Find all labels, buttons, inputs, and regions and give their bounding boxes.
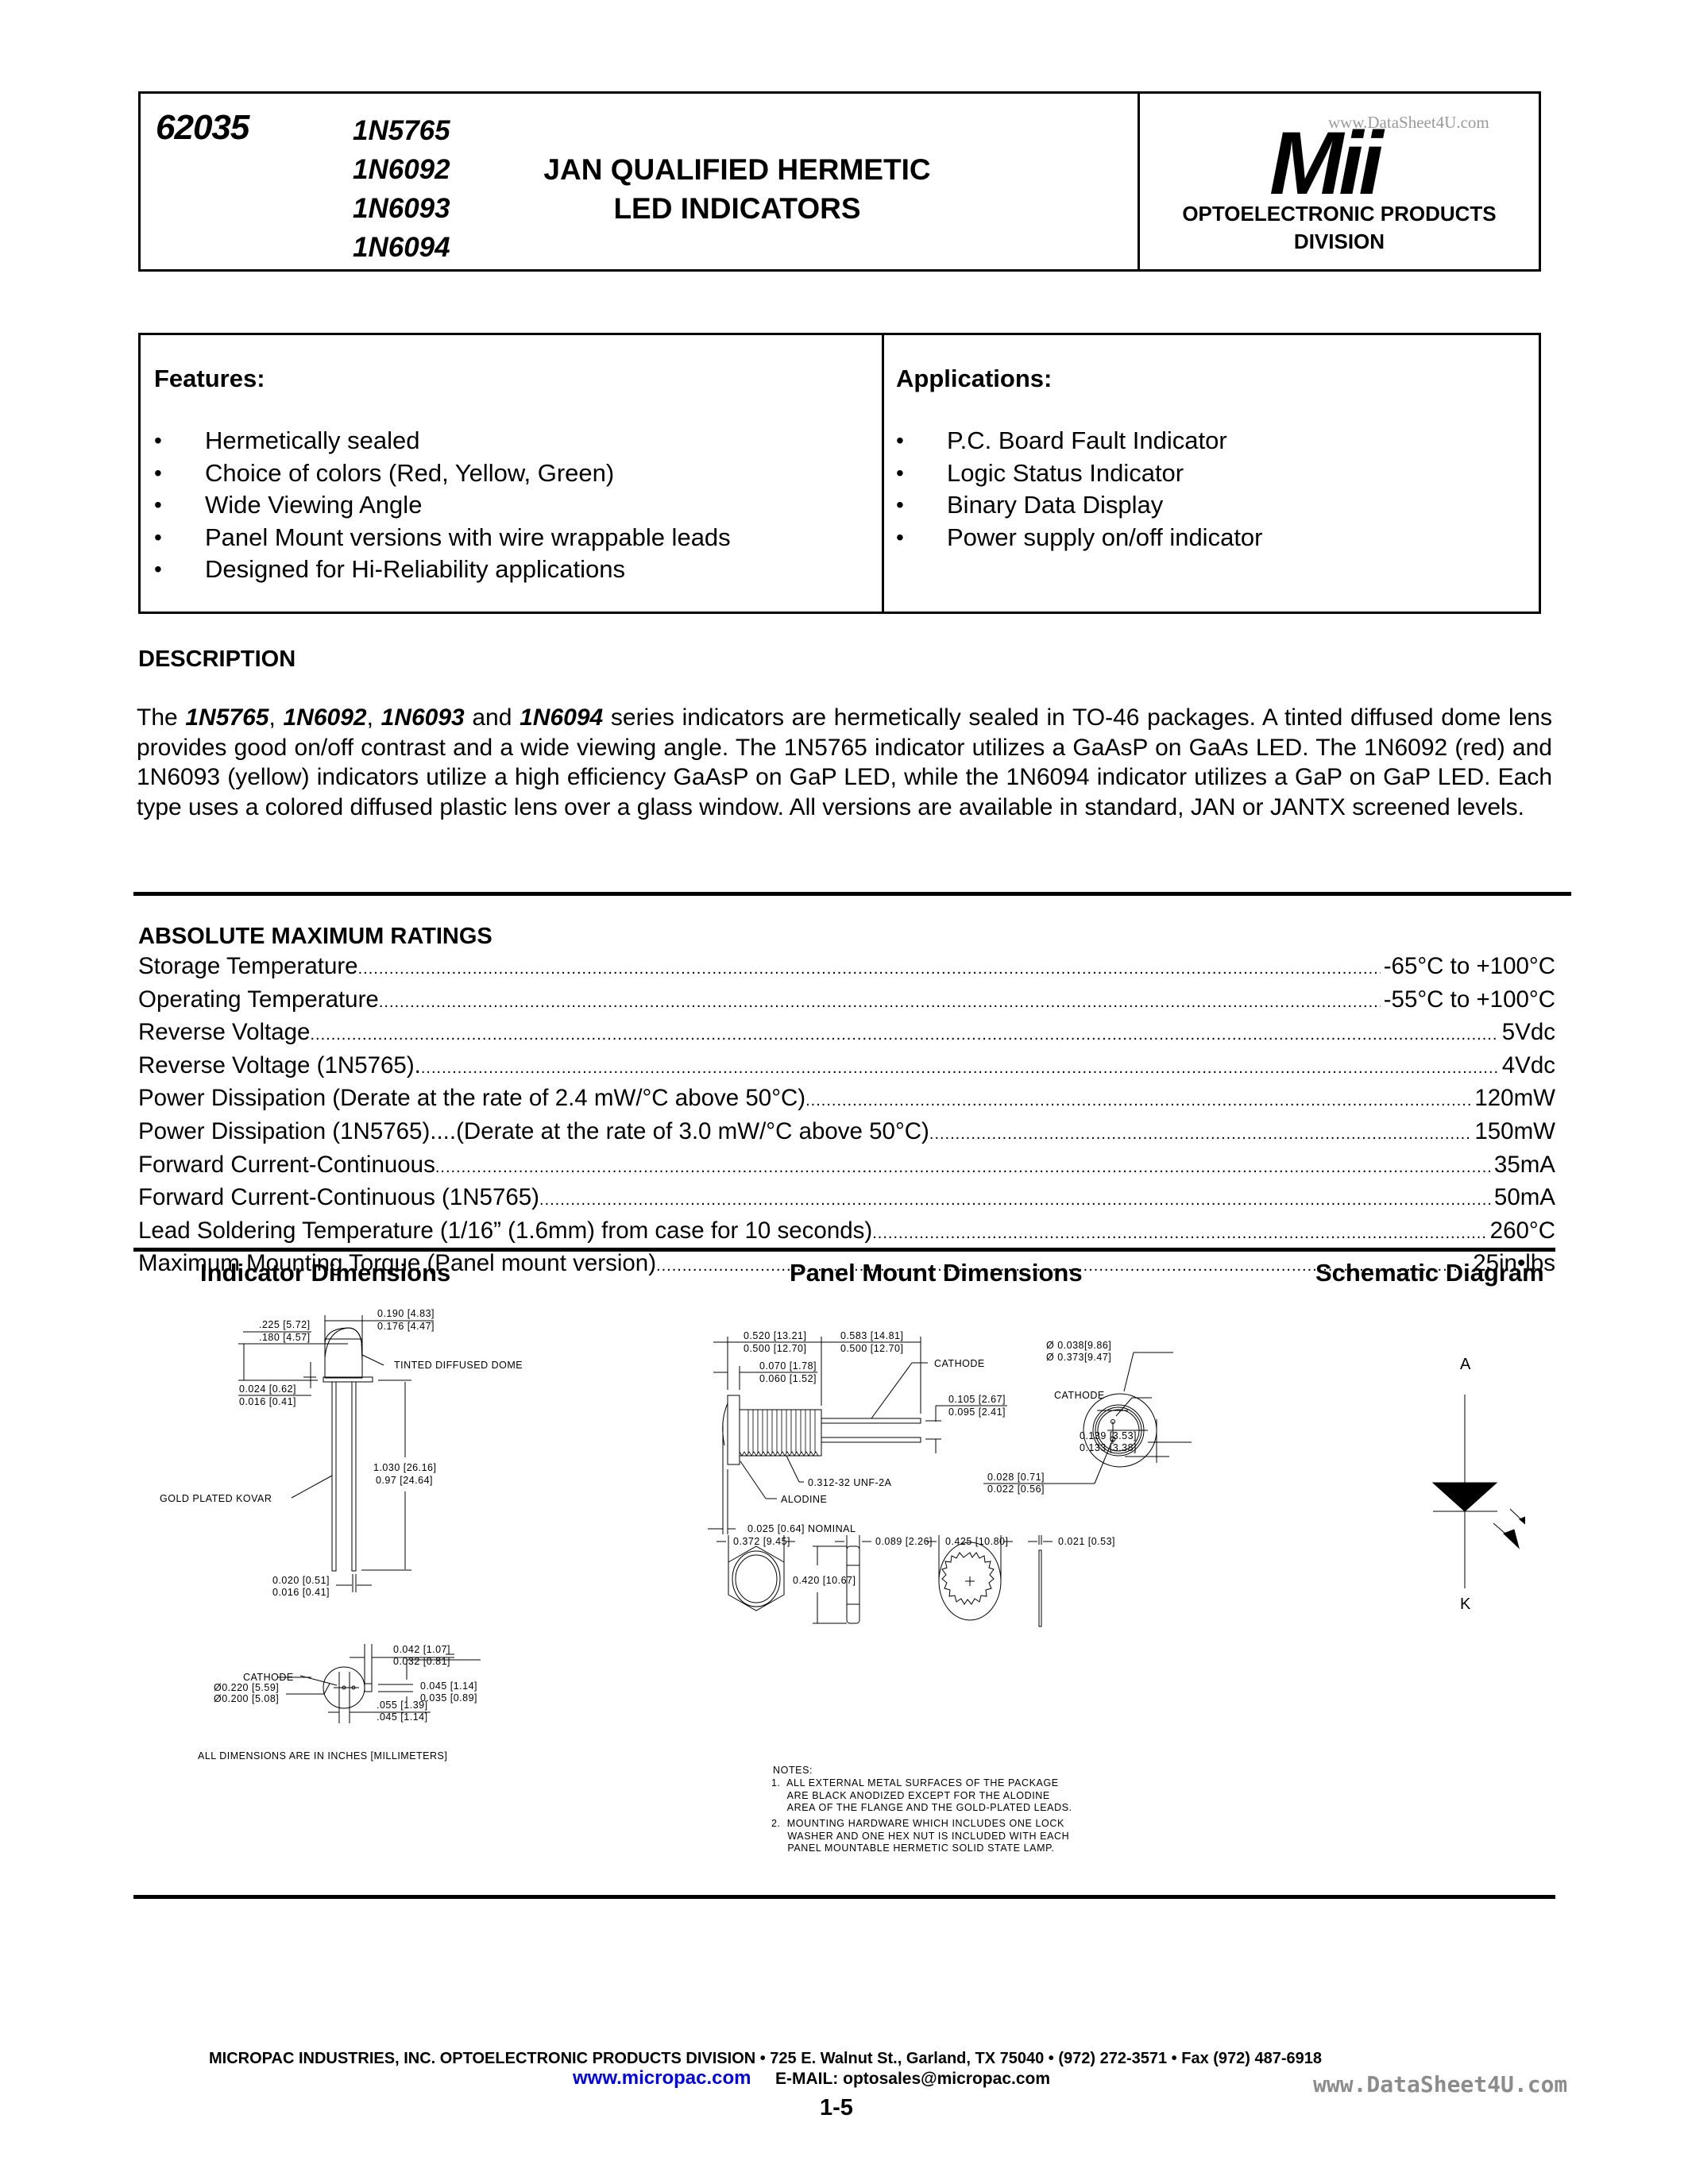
note-1: 1. ALL EXTERNAL METAL SURFACES OF THE PA… [771,1777,1072,1815]
lead-diameter-max: 0.020 [0.51] [272,1575,330,1586]
features-list: Hermetically sealed Choice of colors (Re… [154,425,731,586]
lead-dia-min: 0.022 [0.56] [987,1484,1045,1495]
model-list: 1N5765 1N6092 1N6093 1N6094 [353,111,450,267]
applications-list: P.C. Board Fault Indicator Logic Status … [896,425,1263,554]
section-rule [133,892,1571,896]
desc-model: 1N5765 [185,704,268,731]
indicator-dimensions-drawing: 0.190 [4.83] 0.176 [4.47] .225 [5.72] .1… [143,1255,588,1795]
rating-row: Storage Temperature-65°C to +100°C [138,951,1555,985]
rating-label: Power Dissipation (1N5765)....(Derate at… [138,1117,929,1147]
feature-item: Designed for Hi-Reliability applications [154,554,731,586]
watermark-bottom: www.DataSheet4U.com [1313,2071,1567,2097]
rating-row: Power Dissipation (1N5765)....(Derate at… [138,1117,1555,1150]
panel-mount-heading: Panel Mount Dimensions [790,1259,1083,1287]
application-item: Binary Data Display [896,489,1263,522]
cathode-label: CATHODE [934,1358,985,1369]
rating-value: 120mW [1471,1083,1555,1113]
watermark-top: www.DataSheet4U.com [1328,113,1489,133]
division-name: OPTOELECTRONIC PRODUCTS DIVISION [1138,200,1541,256]
flange-min: 0.060 [1.52] [759,1373,817,1384]
alodine-label: ALODINE [781,1494,827,1505]
desc-model: 1N6092 [283,704,366,731]
body-length-min: 0.500 [12.70] [744,1343,806,1354]
rating-label: Forward Current-Continuous (1N5765) [138,1183,539,1213]
website-link[interactable]: www.micropac.com [573,2067,751,2089]
applications-heading: Applications: [896,365,1052,393]
rating-label: Lead Soldering Temperature (1/16” (1.6mm… [138,1216,872,1246]
leader-dots [358,951,1381,985]
rating-row: Operating Temperature-55°C to +100°C [138,985,1555,1018]
body-length-max: 0.520 [13.21] [744,1330,806,1341]
feature-item: Panel Mount versions with wire wrappable… [154,522,731,554]
lead-length-max: 1.030 [26.16] [373,1462,436,1473]
rating-row: Reverse Voltage (1N5765).4Vdc [138,1051,1555,1084]
rating-value: 50mA [1491,1183,1555,1213]
desc-model: 1N6093 [381,704,465,731]
dome-height-min: .180 [4.57] [259,1332,311,1343]
led-schematic-symbol: A K [1398,1350,1525,1620]
thread-spec: 0.312-32 UNF-2A [808,1477,892,1488]
end-cathode-label: CATHODE [1054,1390,1105,1401]
leader-dots [435,1150,1491,1183]
rating-row: Power Dissipation (Derate at the rate of… [138,1083,1555,1117]
cathode-label: K [1460,1596,1471,1613]
footer-rule [133,1895,1555,1899]
lead-diameter-min: 0.016 [0.41] [272,1587,330,1598]
ratings-rule [133,1248,1555,1252]
feature-item: Choice of colors (Red, Yellow, Green) [154,457,731,490]
contact-line: www.micropac.com E-MAIL: optosales@micro… [573,2067,1050,2089]
description-text: The 1N5765, 1N6092, 1N6093 and 1N6094 se… [137,703,1552,822]
lead-spacing-max: 0.105 [2.67] [948,1394,1006,1405]
division-line-1: OPTOELECTRONIC PRODUCTS [1138,200,1541,228]
lead-dia-max: 0.028 [0.71] [987,1472,1045,1483]
features-heading: Features: [154,365,265,393]
rating-label: Reverse Voltage [138,1017,310,1048]
desc-sep: , [367,704,381,731]
anode-label: A [1460,1356,1471,1373]
ratings-heading: ABSOLUTE MAXIMUM RATINGS [138,924,492,950]
ratings-table: Storage Temperature-65°C to +100°C Opera… [138,951,1555,1282]
outer-diameter-max: Ø 0.038[9.86] [1046,1340,1111,1351]
rating-value: 35mA [1491,1150,1555,1180]
washer-diameter: 0.425 [10.80] [945,1536,1008,1547]
dome-height-max: .225 [5.72] [259,1319,311,1330]
nominal-label: 0.025 [0.64] NOMINAL [747,1523,856,1534]
features-divider [882,333,884,614]
lead-pitch-max: .055 [1.39] [377,1700,428,1711]
company-info: MICROPAC INDUSTRIES, INC. OPTOELECTRONIC… [209,2050,1322,2068]
division-line-2: DIVISION [1138,228,1541,256]
dome-width-min: 0.176 [4.47] [377,1321,435,1332]
lead-material-label: GOLD PLATED KOVAR [160,1493,272,1504]
desc-model: 1N6094 [520,704,603,731]
rating-value: 150mW [1471,1117,1555,1147]
tab-width-min: 0.032 [0.81] [393,1656,450,1667]
units-note: ALL DIMENSIONS ARE IN INCHES [MILLIMETER… [198,1750,447,1761]
model-1n6094: 1N6094 [353,228,450,267]
feature-item: Hermetically sealed [154,425,731,457]
rating-row: Reverse Voltage5Vdc [138,1017,1555,1051]
schematic-heading: Schematic Diagram [1315,1259,1544,1287]
washer-thickness: 0.021 [0.53] [1058,1536,1115,1547]
rating-label: Operating Temperature [138,985,379,1015]
lead-pitch-min: .045 [1.14] [377,1711,428,1723]
leader-dots [872,1216,1486,1249]
model-1n5765: 1N5765 [353,111,450,150]
rating-value: 5Vdc [1499,1017,1555,1048]
part-number: 62035 [156,108,249,148]
tab-length-max: 0.045 [1.14] [420,1680,477,1692]
title-line-1: JAN QUALIFIED HERMETIC [515,150,960,189]
desc-sep: and [465,704,520,731]
flange-min: 0.016 [0.41] [239,1396,296,1407]
dome-width-max: 0.190 [4.83] [377,1308,435,1319]
rating-value: 4Vdc [1499,1051,1555,1081]
case-diameter-min: Ø0.200 [5.08] [214,1693,279,1704]
desc-intro: The [137,704,185,731]
rating-row: Forward Current-Continuous (1N5765)50mA [138,1183,1555,1216]
email-address[interactable]: E-MAIL: optosales@micropac.com [775,2070,1050,2088]
nut-height: 0.420 [10.67] [793,1575,856,1586]
leader-dots [310,1017,1498,1051]
application-item: Logic Status Indicator [896,457,1263,490]
desc-sep: , [268,704,283,731]
leader-dots [421,1051,1499,1084]
page-number: 1-5 [820,2095,853,2121]
model-1n6093: 1N6093 [353,189,450,228]
center-offset-max: 0.139 [3.53] [1080,1430,1137,1441]
leader-dots [379,985,1381,1018]
tab-length-min: 0.035 [0.89] [420,1692,477,1704]
nut-thickness: 0.089 [2.26] [875,1536,933,1547]
panel-mount-drawing: 0.520 [13.21] 0.500 [12.70] 0.583 [14.81… [683,1302,1287,1747]
title-line-2: LED INDICATORS [515,189,960,228]
dome-label: TINTED DIFFUSED DOME [394,1360,523,1371]
lead-spacing-min: 0.095 [2.41] [948,1406,1006,1418]
leader-dots [805,1083,1471,1117]
leader-dots [929,1117,1471,1150]
lead-length-min: 0.500 [12.70] [840,1343,903,1354]
note-2: 2. MOUNTING HARDWARE WHICH INCLUDES ONE … [771,1818,1069,1855]
rating-label: Forward Current-Continuous [138,1150,435,1180]
description-heading: DESCRIPTION [138,646,295,673]
rating-value: 260°C [1487,1216,1555,1246]
lead-length-min: 0.97 [24.64] [376,1475,433,1486]
application-item: P.C. Board Fault Indicator [896,425,1263,457]
cathode-label: CATHODE [243,1672,294,1683]
rating-label: Power Dissipation (Derate at the rate of… [138,1083,805,1113]
flange-max: 0.070 [1.78] [759,1360,817,1372]
rating-label: Storage Temperature [138,951,358,982]
case-diameter-max: Ø0.220 [5.59] [214,1682,279,1693]
notes-heading: NOTES: [773,1765,813,1777]
model-1n6092: 1N6092 [353,150,450,189]
flange-max: 0.024 [0.62] [239,1383,296,1395]
application-item: Power supply on/off indicator [896,522,1263,554]
outer-diameter-min: Ø 0.373[9.47] [1046,1352,1111,1363]
center-offset-min: 0.133 [3.38] [1080,1442,1137,1453]
rating-label: Reverse Voltage (1N5765). [138,1051,421,1081]
rating-row: Forward Current-Continuous35mA [138,1150,1555,1183]
document-title: JAN QUALIFIED HERMETIC LED INDICATORS [515,150,960,228]
tab-width-max: 0.042 [1.07] [393,1644,450,1655]
feature-item: Wide Viewing Angle [154,489,731,522]
leader-dots [539,1183,1491,1216]
nut-width: 0.372 [9.45] [733,1536,790,1547]
rating-row: Lead Soldering Temperature (1/16” (1.6mm… [138,1216,1555,1249]
rating-value: -55°C to +100°C [1381,985,1555,1015]
lead-length-max: 0.583 [14.81] [840,1330,903,1341]
rating-value: -65°C to +100°C [1381,951,1555,982]
